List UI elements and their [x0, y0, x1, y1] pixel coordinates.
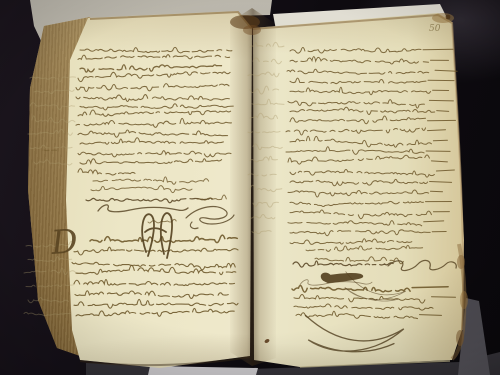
photo-of-open-manuscript-book: 50 D	[0, 0, 500, 375]
photo-vignette	[0, 0, 500, 375]
